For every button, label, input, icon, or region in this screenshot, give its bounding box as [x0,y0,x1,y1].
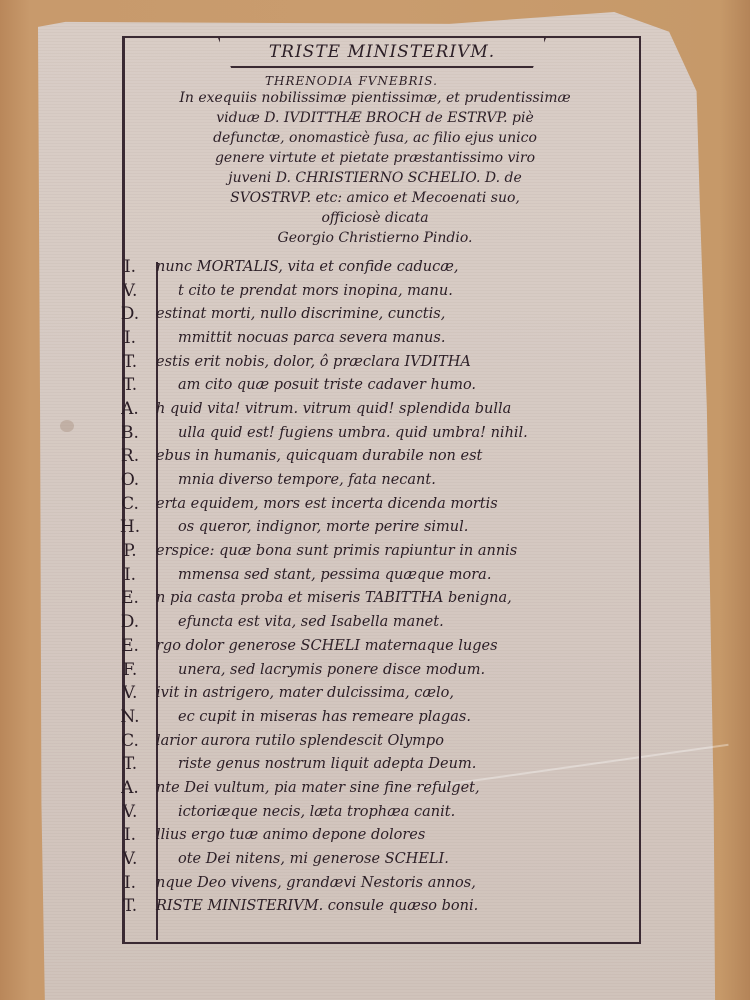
verse-text: t cito te prendat mors inopina, manu. [152,283,453,299]
acrostic-letter: I. [108,825,152,845]
acrostic-letter: A. [108,399,152,419]
acrostic-letter: T. [108,896,152,916]
verse-text: estinat morti, nullo discrimine, cunctis… [152,306,445,322]
document-subtitle: THRENODIA FVNEBRIS. [265,74,438,88]
verse-text: ec cupit in miseras has remeare plagas. [152,709,471,725]
acrostic-letter: E. [108,636,152,656]
poem-line: T.RISTE MINISTERIVM. consule quæso boni. [108,895,648,919]
acrostic-letter: O. [108,470,152,490]
poem-line: E.rgo dolor generose SCHELI maternaque l… [108,634,648,658]
poem-line: A.nte Dei vultum, pia mater sine fine re… [108,776,648,800]
acrostic-letter: P. [108,541,152,561]
dedication-line: In exequiis nobilissimæ pientissimæ, et … [140,88,610,108]
poem-line: I.nque Deo vivens, grandævi Nestoris ann… [108,871,648,895]
dedication-line: defunctæ, onomasticè fusa, ac filio ejus… [140,128,610,148]
verse-text: erspice: quæ bona sunt primis rapiuntur … [152,543,517,559]
poem-line: T.estis erit nobis, dolor, ô præclara IV… [108,350,648,374]
poem-line: D.estinat morti, nullo discrimine, cunct… [108,302,648,326]
verse-text: ulla quid est! fugiens umbra. quid umbra… [152,425,528,441]
acrostic-letter: V. [108,849,152,869]
verse-text: nque Deo vivens, grandævi Nestoris annos… [152,875,476,891]
acrostic-letter: D. [108,612,152,632]
acrostic-poem: I.nunc MORTALIS, vita et confide caducæ,… [108,255,648,918]
acrostic-letter: V. [108,281,152,301]
acrostic-letter: E. [108,588,152,608]
verse-text: rgo dolor generose SCHELI maternaque lug… [152,638,498,654]
poem-line: V.ote Dei nitens, mi generose SCHELI. [108,847,648,871]
poem-line: O.mnia diverso tempore, fata necant. [108,468,648,492]
poem-line: I.mmittit nocuas parca severa manus. [108,326,648,350]
acrostic-letter: F. [108,660,152,680]
verse-text: mmittit nocuas parca severa manus. [152,330,445,346]
paper-stain [60,420,74,432]
acrostic-letter: V. [108,683,152,703]
poem-line: P.erspice: quæ bona sunt primis rapiuntu… [108,539,648,563]
acrostic-letter: I. [108,257,152,277]
acrostic-letter: C. [108,731,152,751]
poem-line: E.n pia casta proba et miseris TABITTHA … [108,587,648,611]
acrostic-letter: D. [108,304,152,324]
poem-line: T.am cito quæ posuit triste cadaver humo… [108,373,648,397]
acrostic-letter: T. [108,754,152,774]
dedication-signature: Georgio Christierno Pindio. [140,228,610,248]
verse-text: unera, sed lacrymis ponere disce modum. [152,662,485,678]
acrostic-letter: T. [108,352,152,372]
acrostic-letter: A. [108,778,152,798]
verse-text: ictoriæque necis, læta trophæa canit. [152,804,455,820]
poem-line: N.ec cupit in miseras has remeare plagas… [108,705,648,729]
verse-text: am cito quæ posuit triste cadaver humo. [152,377,476,393]
verse-text: estis erit nobis, dolor, ô præclara IVDI… [152,354,471,370]
poem-line: R.ebus in humanis, quicquam durabile non… [108,445,648,469]
verse-text: mmensa sed stant, pessima quæque mora. [152,567,491,583]
verse-text: n pia casta proba et miseris TABITTHA be… [152,590,512,606]
document-title: TRISTE MINISTERIVM. [269,42,495,62]
verse-text: riste genus nostrum liquit adepta Deum. [152,756,476,772]
verse-text: mnia diverso tempore, fata necant. [152,472,436,488]
poem-line: V.ivit in astrigero, mater dulcissima, c… [108,681,648,705]
verse-text: RISTE MINISTERIVM. consule quæso boni. [152,898,478,914]
dedication-line: genere virtute et pietate præstantissimo… [140,148,610,168]
acrostic-letter: V. [108,802,152,822]
verse-text: erta equidem, mors est incerta dicenda m… [152,496,498,512]
poem-line: C.erta equidem, mors est incerta dicenda… [108,492,648,516]
acrostic-letter: H. [108,517,152,537]
acrostic-letter: C. [108,494,152,514]
poem-line: I.llius ergo tuæ animo depone dolores [108,824,648,848]
title-cartouche: TRISTE MINISTERIVM. [218,38,546,68]
poem-line: H.os queror, indignor, morte perire simu… [108,516,648,540]
dedication-line: juveni D. CHRISTIERNO SCHELIO. D. de [140,168,610,188]
acrostic-letter: B. [108,423,152,443]
poem-line: F.unera, sed lacrymis ponere disce modum… [108,658,648,682]
poem-line: I.mmensa sed stant, pessima quæque mora. [108,563,648,587]
verse-text: nte Dei vultum, pia mater sine fine refu… [152,780,480,796]
verse-text: ivit in astrigero, mater dulcissima, cæl… [152,685,454,701]
dedication-line: SVOSTRVP. etc: amico et Mecoenati suo, [140,188,610,208]
acrostic-letter: R. [108,446,152,466]
verse-text: ebus in humanis, quicquam durabile non e… [152,448,482,464]
acrostic-letter: T. [108,375,152,395]
poem-line: C.larior aurora rutilo splendescit Olymp… [108,729,648,753]
poem-line: D.efuncta est vita, sed Isabella manet. [108,610,648,634]
acrostic-letter: I. [108,328,152,348]
verse-text: llius ergo tuæ animo depone dolores [152,827,425,843]
verse-text: ote Dei nitens, mi generose SCHELI. [152,851,449,867]
poem-line: V.t cito te prendat mors inopina, manu. [108,279,648,303]
poem-line: T.riste genus nostrum liquit adepta Deum… [108,752,648,776]
verse-text: os queror, indignor, morte perire simul. [152,519,468,535]
poem-line: V.ictoriæque necis, læta trophæa canit. [108,800,648,824]
poem-line: I.nunc MORTALIS, vita et confide caducæ, [108,255,648,279]
acrostic-letter: N. [108,707,152,727]
acrostic-letter: I. [108,565,152,585]
dedication-block: In exequiis nobilissimæ pientissimæ, et … [140,88,610,248]
acrostic-letter: I. [108,873,152,893]
poem-line: A.h quid vita! vitrum. vitrum quid! sple… [108,397,648,421]
verse-text: nunc MORTALIS, vita et confide caducæ, [152,259,459,275]
verse-text: larior aurora rutilo splendescit Olympo [152,733,444,749]
dedication-line: viduæ D. IVDITTHÆ BROCH de ESTRVP. piè [140,108,610,128]
verse-text: h quid vita! vitrum. vitrum quid! splend… [152,401,511,417]
dedication-line: officiosè dicata [140,208,610,228]
verse-text: efuncta est vita, sed Isabella manet. [152,614,444,630]
poem-line: B.ulla quid est! fugiens umbra. quid umb… [108,421,648,445]
